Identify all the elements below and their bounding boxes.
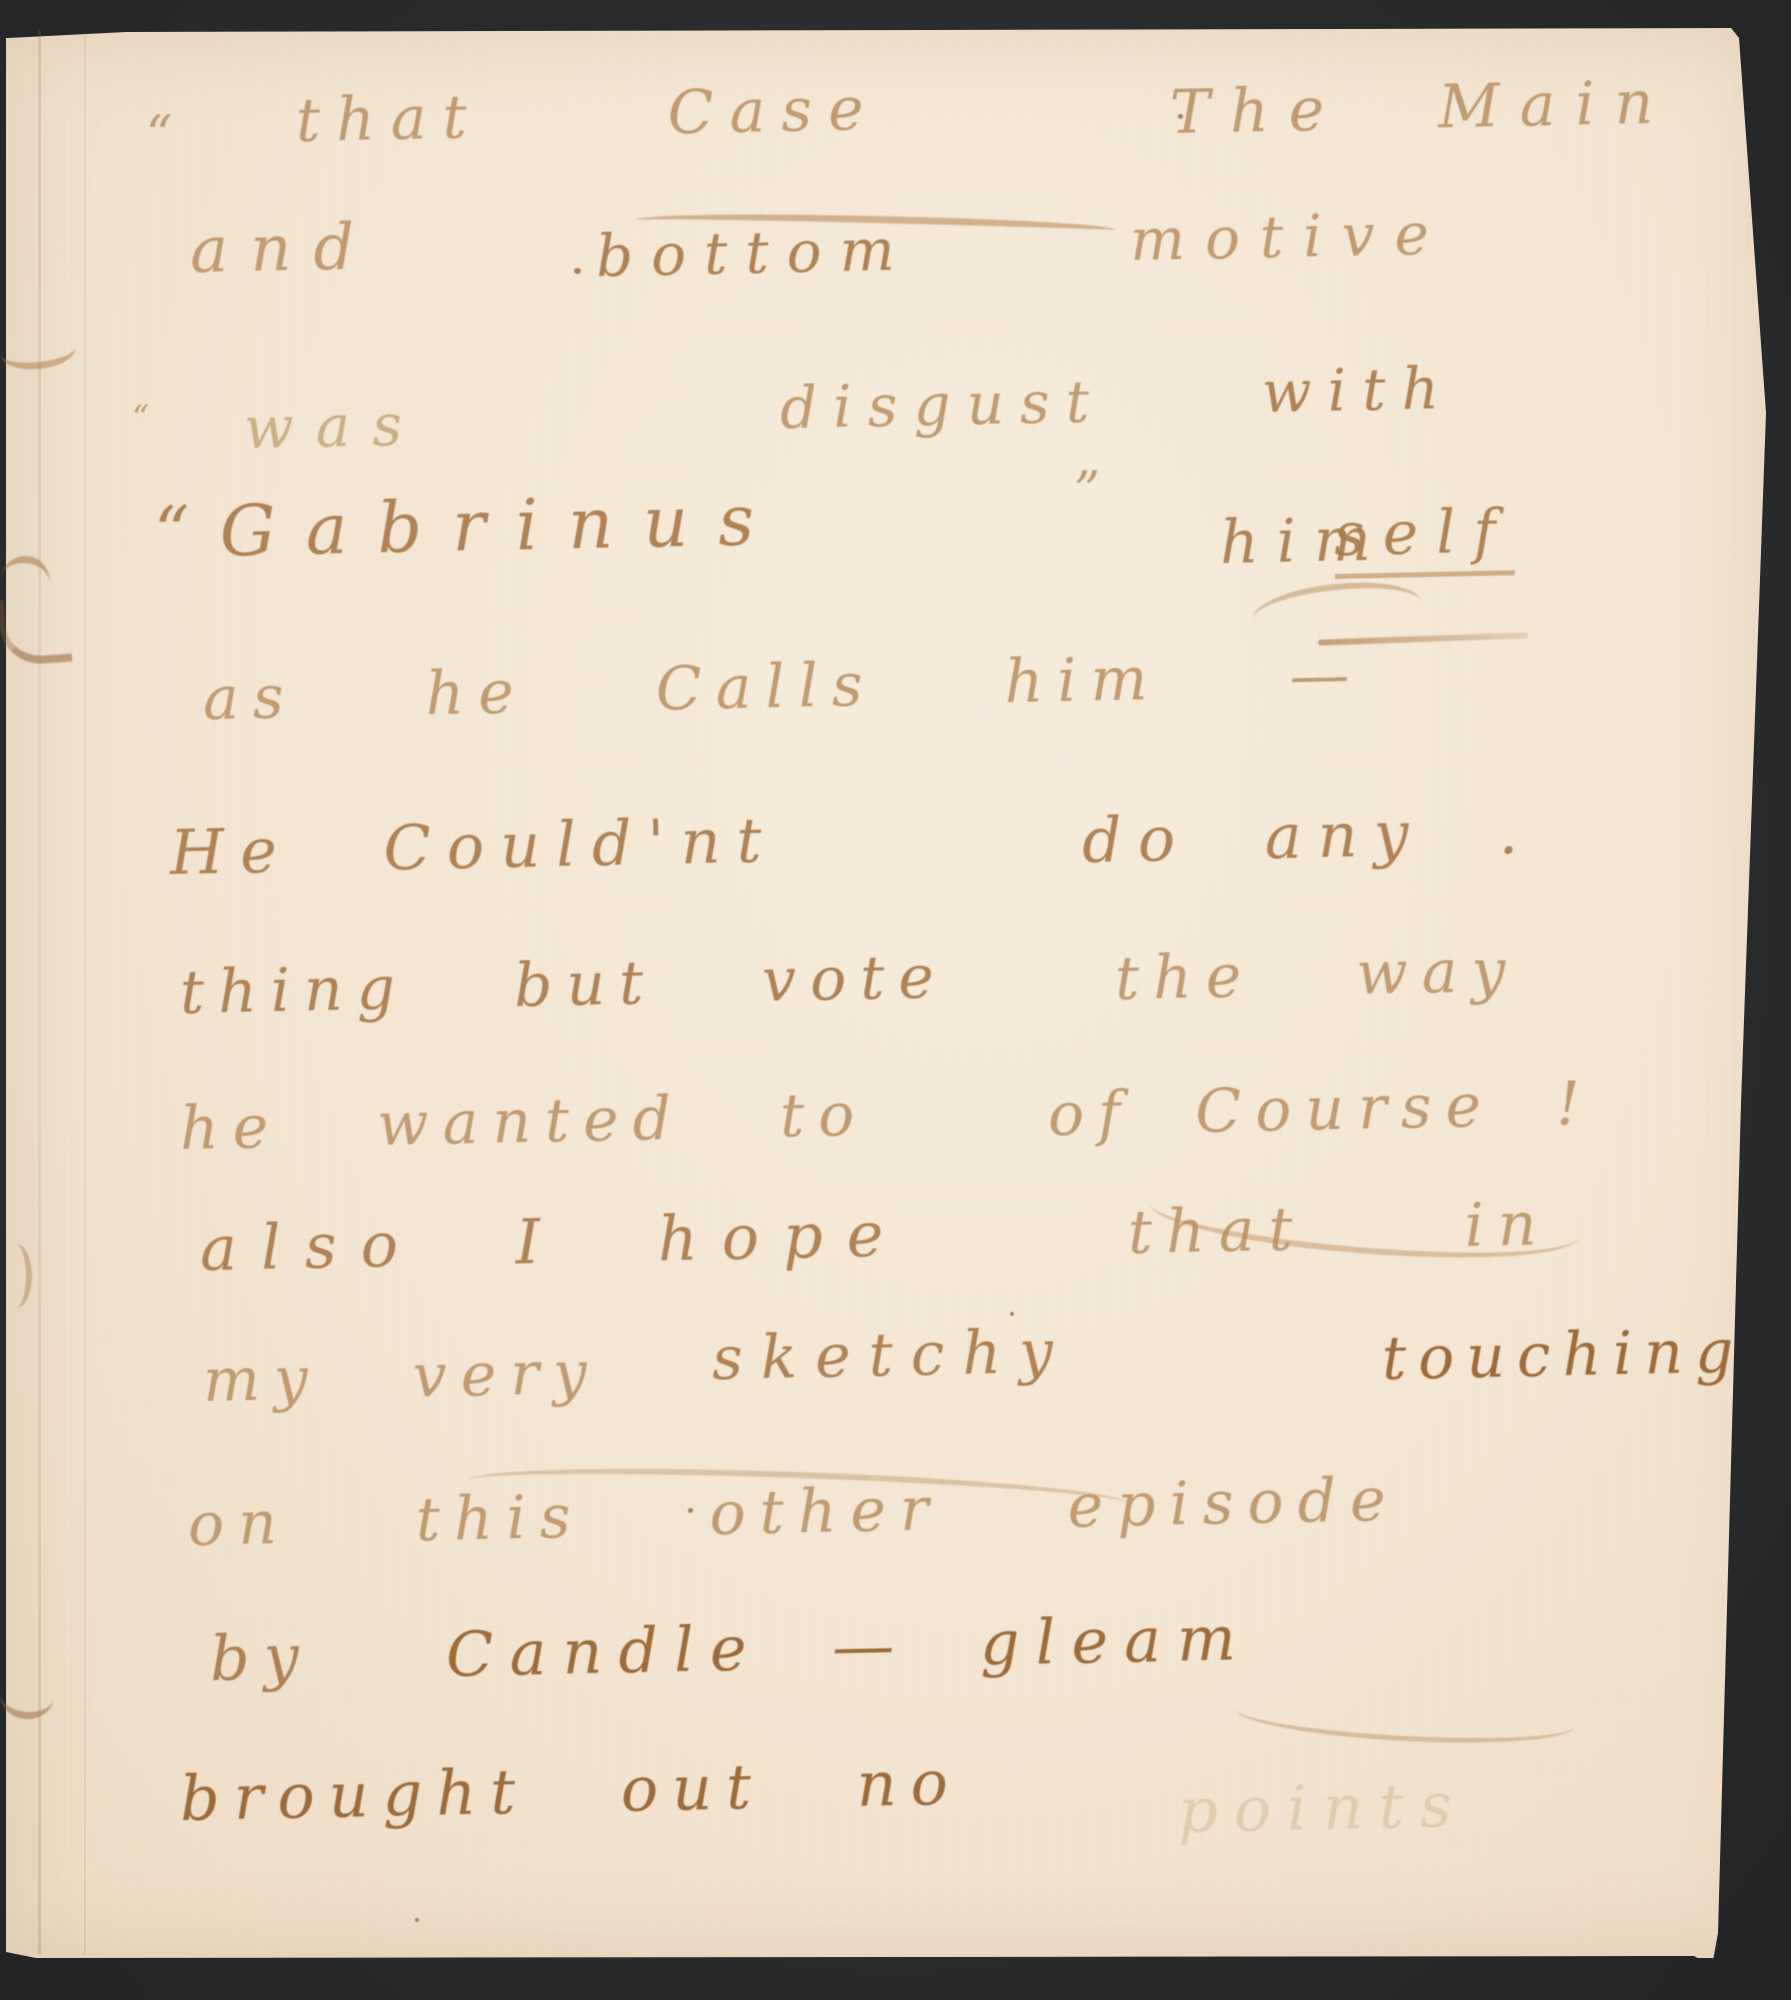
- handwriting-touching: touching: [1381, 1316, 1746, 1394]
- photo-background: { "document": { "kind": "handwritten let…: [0, 0, 1791, 2000]
- handwriting-was: was: [243, 390, 424, 462]
- ink-speck: [688, 1508, 693, 1513]
- handwriting-also-i-hope: also I hope: [199, 1197, 908, 1285]
- handwriting-the-way: the way: [1114, 936, 1520, 1014]
- stray-quote-mark: “: [132, 398, 150, 438]
- handwriting-self-underlined: self: [1333, 496, 1514, 579]
- handwriting-with: with: [1261, 354, 1455, 426]
- handwriting-bottom: bottom: [595, 215, 913, 290]
- handwriting-my-very: my very: [202, 1338, 601, 1416]
- handwriting-he-wanted-to: he wanted to: [179, 1080, 869, 1164]
- handwriting-he-couldnt: He Could'nt: [169, 803, 778, 889]
- ink-speck: [1010, 1312, 1014, 1316]
- handwriting-points: points: [1177, 1768, 1468, 1847]
- ink-speck: [574, 268, 581, 274]
- handwriting-that-in: that in: [1127, 1189, 1551, 1268]
- handwriting-open-quote: “: [145, 105, 173, 166]
- handwriting-close-quote: ”: [1073, 461, 1101, 522]
- handwriting-by: by: [209, 1620, 313, 1695]
- handwriting-the-main: The Main: [1169, 67, 1674, 148]
- ink-speck: [415, 1918, 419, 1922]
- handwriting-sketchy: sketchy: [711, 1316, 1071, 1394]
- handwriting-motive: motive: [1129, 199, 1449, 274]
- handwriting-gabrinus: “Gabrinus: [153, 479, 785, 574]
- ink-speck: [1178, 114, 1183, 119]
- handwriting-and: and: [189, 210, 377, 288]
- handwriting-that-case: that Case: [295, 74, 880, 156]
- handwriting-disgust: disgust: [779, 367, 1105, 442]
- handwriting-of-course: of Course !: [1047, 1069, 1595, 1150]
- handwriting-do-any: do any .: [1081, 795, 1534, 877]
